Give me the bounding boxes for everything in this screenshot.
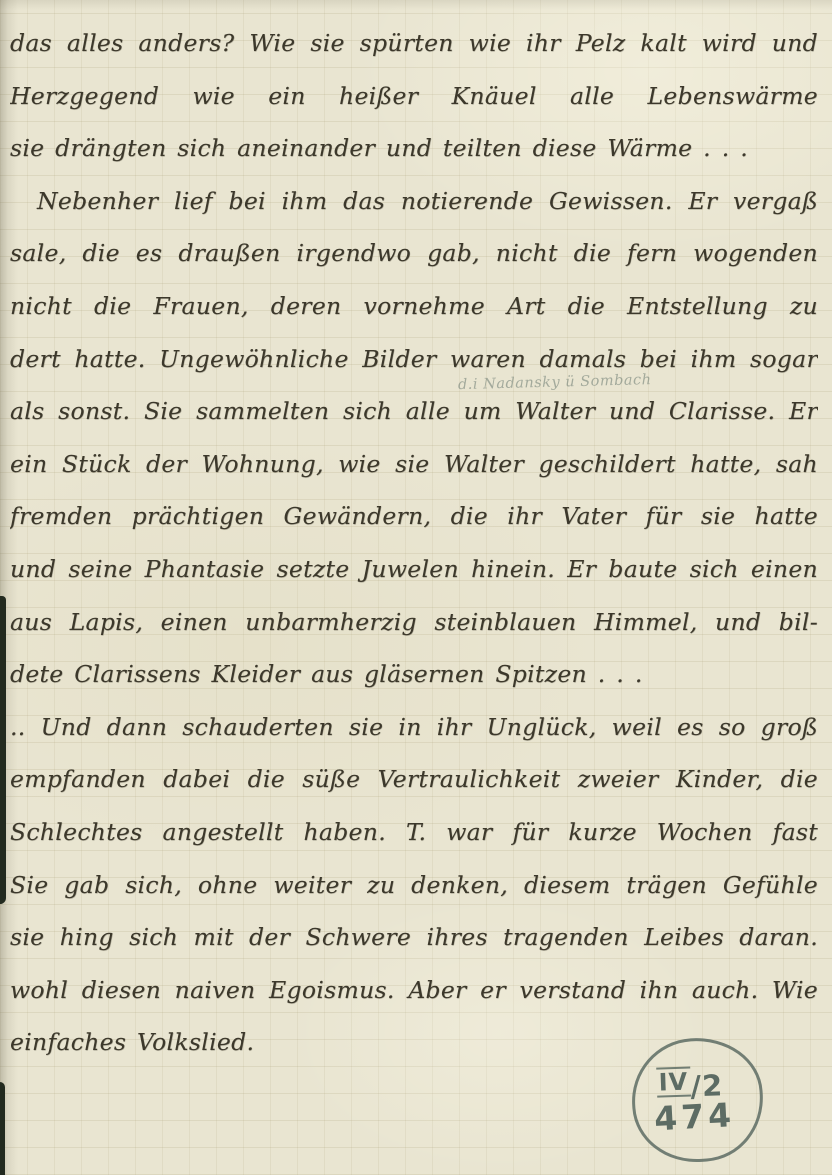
- stamp-signature: IV/2: [657, 1065, 724, 1098]
- paper-edge-tear: [0, 1082, 5, 1175]
- manuscript-line: dete Clarissens Kleider aus gläsernen Sp…: [10, 648, 818, 701]
- manuscript-text: das alles anders? Wie sie spürten wie ih…: [10, 17, 818, 1069]
- manuscript-line: Nebenher lief bei ihm das notierende Gew…: [10, 175, 818, 228]
- manuscript-line: wohl diesen naiven Egoismus. Aber er ver…: [10, 964, 818, 1017]
- manuscript-line: empfanden dabei die süße Vertraulichkeit…: [10, 753, 818, 806]
- paper-top-shadow: [0, 0, 832, 10]
- manuscript-line: .. Und dann schauderten sie in ihr Unglü…: [10, 701, 818, 754]
- manuscript-line: als sonst. Sie sammelten sich alle um Wa…: [10, 385, 818, 438]
- manuscript-line: und seine Phantasie setzte Juwelen hinei…: [10, 543, 818, 596]
- manuscript-line: Sie gab sich, ohne weiter zu denken, die…: [10, 859, 818, 912]
- manuscript-line: Herzgegend wie ein heißer Knäuel alle Le…: [10, 70, 818, 123]
- manuscript-line: nicht die Frauen, deren vornehme Art die…: [10, 280, 818, 333]
- paper-edge-tear: [0, 596, 6, 904]
- manuscript-line: sale, die es draußen irgendwo gab, nicht…: [10, 227, 818, 280]
- manuscript-line: Schlechtes angestellt haben. T. war für …: [10, 806, 818, 859]
- manuscript-line: sie hing sich mit der Schwere ihres trag…: [10, 911, 818, 964]
- manuscript-line: ein Stück der Wohnung, wie sie Walter ge…: [10, 438, 818, 491]
- manuscript-line: aus Lapis, einen unbarmherzig steinblaue…: [10, 596, 818, 649]
- manuscript-line: das alles anders? Wie sie spürten wie ih…: [10, 17, 818, 70]
- stamp-number: 474: [653, 1097, 736, 1137]
- manuscript-line: fremden prächtigen Gewändern, die ihr Va…: [10, 490, 818, 543]
- stamp-roman-numeral: IV: [657, 1066, 692, 1097]
- manuscript-line: sie drängten sich aneinander und teilten…: [10, 122, 818, 175]
